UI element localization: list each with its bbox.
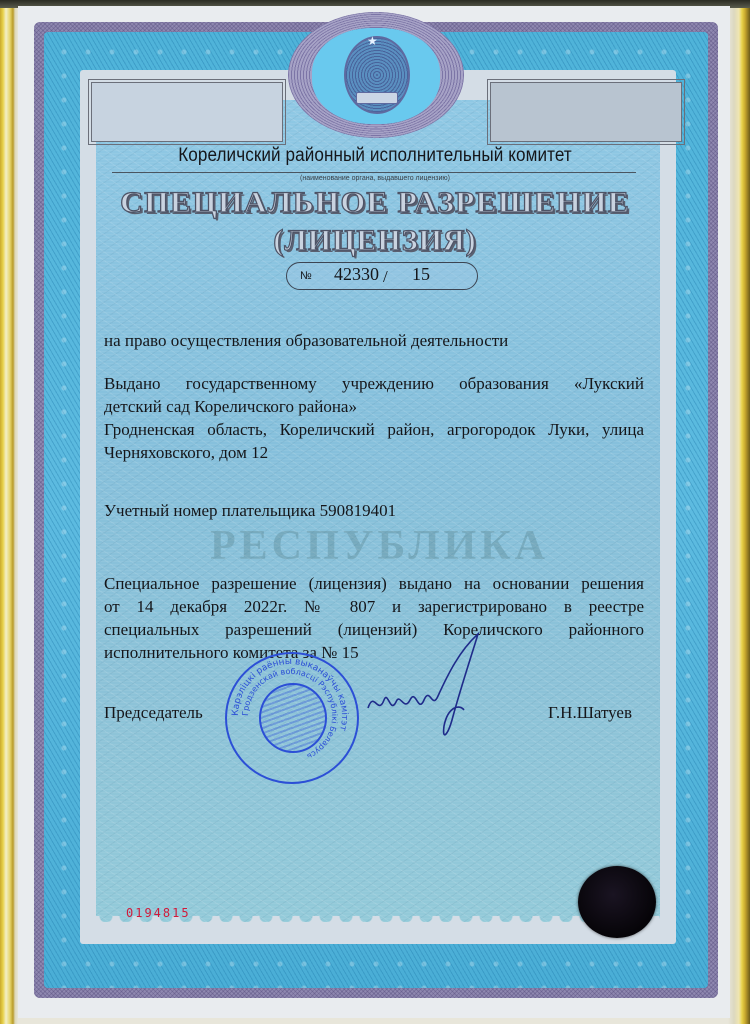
license-number-separator: / [383,267,388,287]
document-subtitle: (ЛИЦЕНЗИЯ) [100,224,650,258]
issued-to-line-1: Выдано государственному учреждению образ… [104,373,644,395]
signatory-title: Председатель [104,702,304,724]
issuer-caption: (наименование органа, выдавшего лицензию… [110,175,640,182]
signatory-name: Г.Н.Шатуев [548,702,658,724]
basis-line-2: от 14 декабря 2022г. № 807 и зарегистрир… [104,596,644,618]
license-number: 42330 [334,264,379,285]
hologram-hole [578,866,656,938]
license-number-suffix: 15 [412,264,430,285]
serial-number: 0194815 [126,906,191,920]
license-purpose: на право осуществления образовательной д… [104,330,644,352]
issuer-name: Кореличский районный исполнительный коми… [137,145,614,167]
emblem-ribbon [356,92,398,104]
signature [360,630,490,750]
blank-box-right [490,82,682,142]
blank-box-left [91,82,283,142]
issued-to-line-2: детский сад Кореличского района» [104,396,644,418]
document-title: СПЕЦИАЛЬНОЕ РАЗРЕШЕНИЕ [84,186,667,220]
number-sign: № [300,270,312,282]
issuer-underline [112,172,636,173]
license-number-box [286,262,478,290]
basis-line-1: Специальное разрешение (лицензия) выдано… [104,573,644,595]
address-line-1: Гродненская область, Кореличский район, … [104,419,644,441]
taxpayer-number: Учетный номер плательщика 590819401 [104,500,644,522]
watermark-text: РЕСПУБЛИКА [210,522,570,570]
address-line-2: Черняховского, дом 12 [104,442,644,464]
picture-frame-right [728,0,750,1024]
star-icon: ★ [367,34,378,48]
